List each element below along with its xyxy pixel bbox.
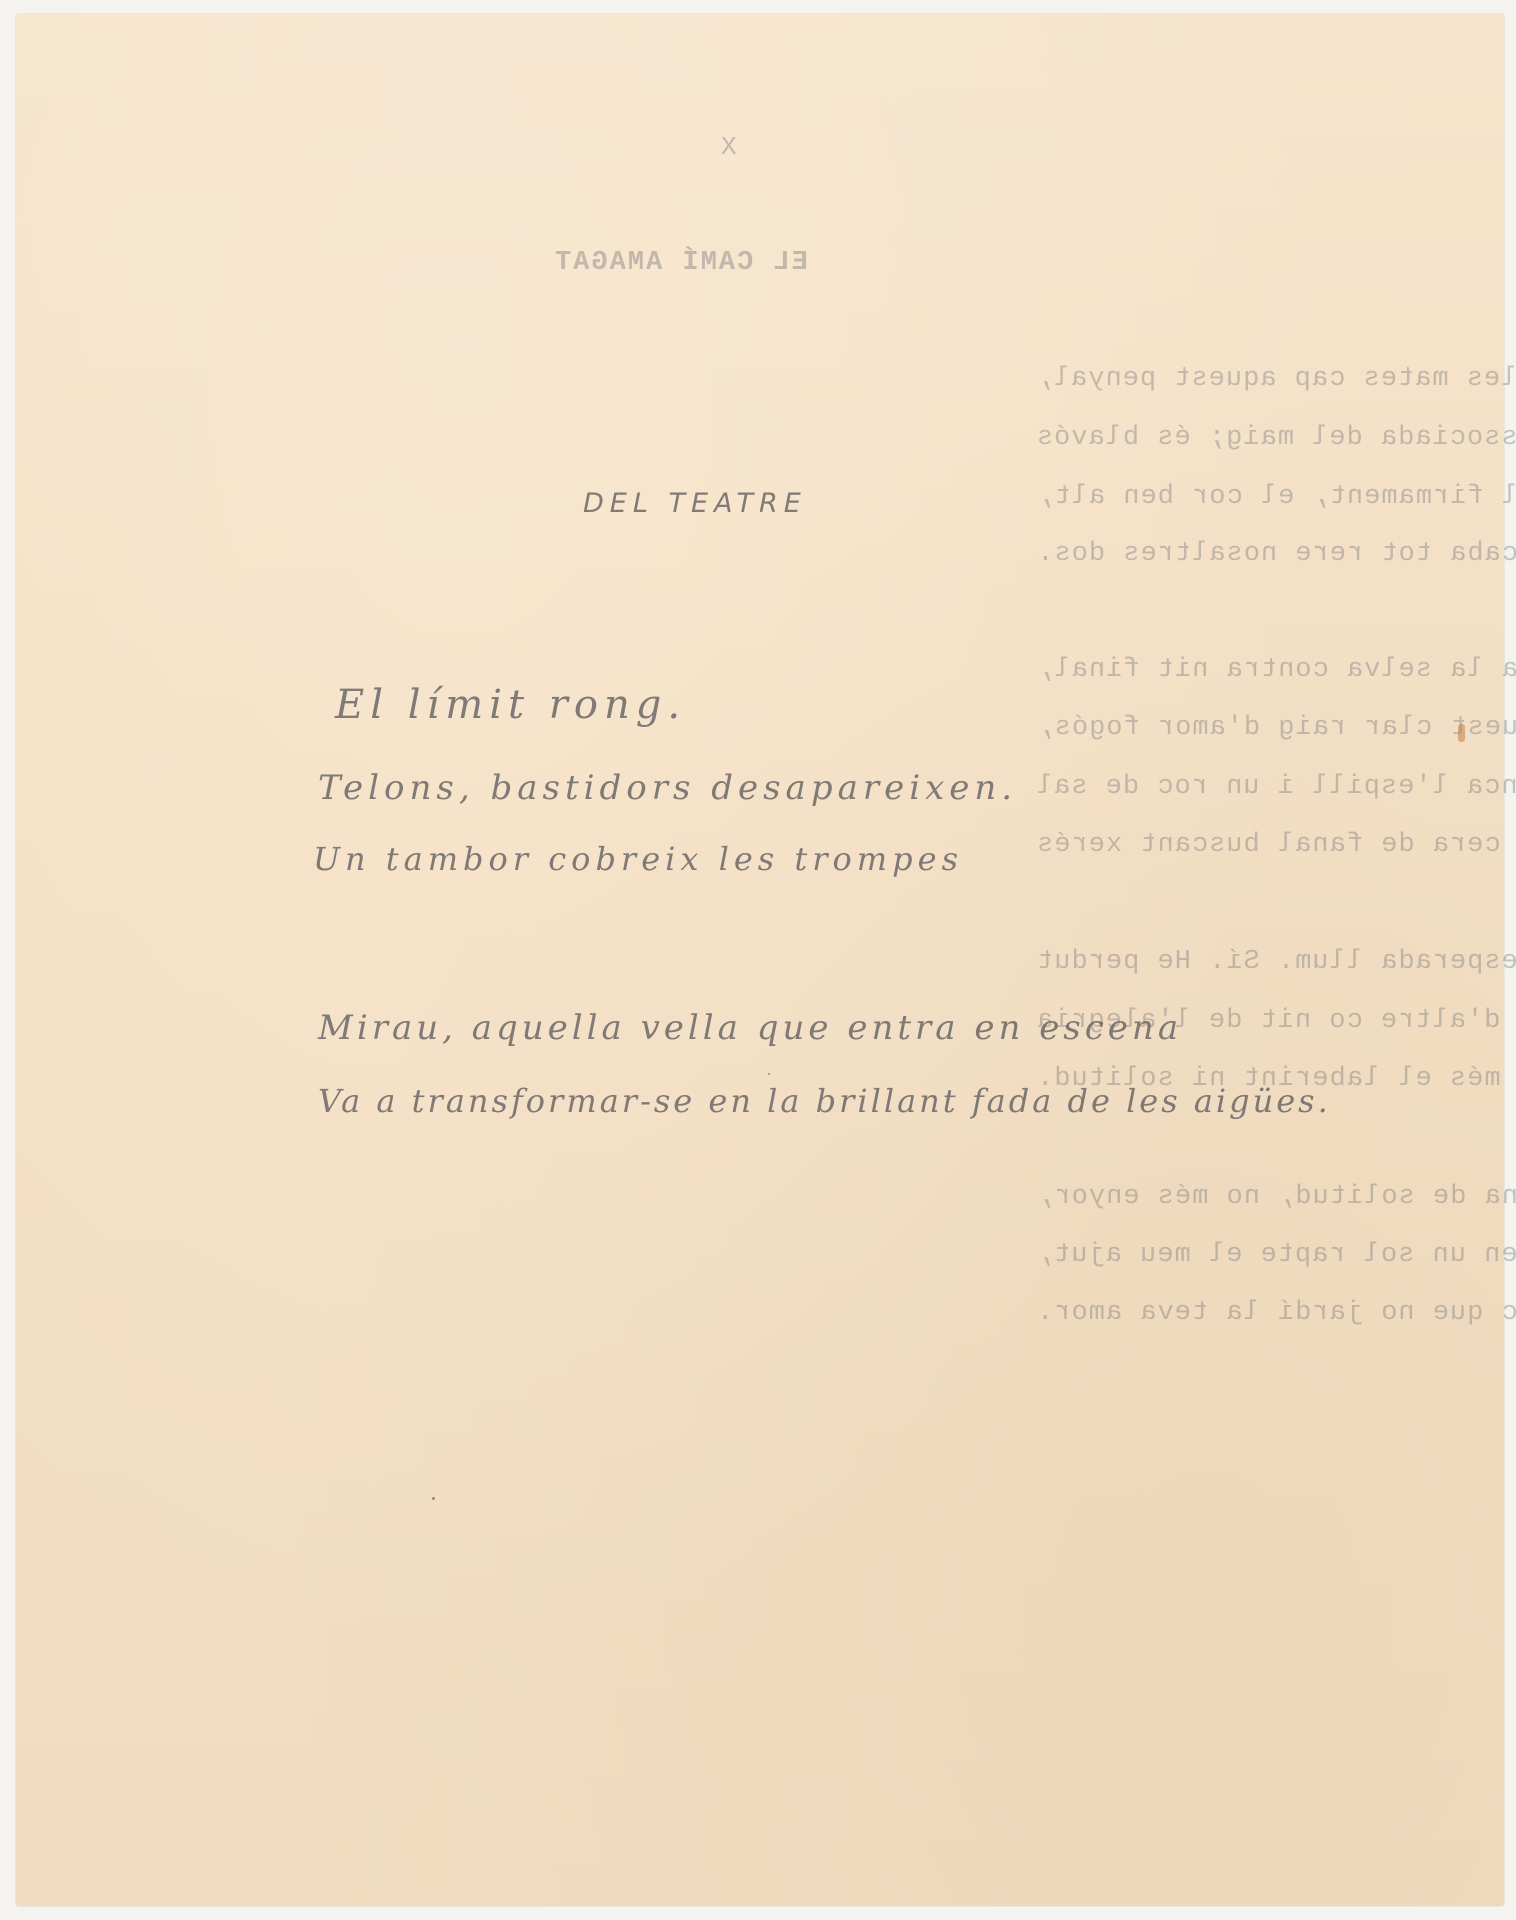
handwritten-line: Telons, bastidors desapareixen. — [318, 768, 1017, 808]
paper-speck — [768, 1073, 770, 1075]
bleed-line: Obert en un sol rapte el meu ajut, — [1036, 1240, 1516, 1270]
paper-stain — [1458, 724, 1465, 742]
bleed-line: Associada del maig; és blavós — [1036, 423, 1516, 453]
bleed-line: Reina de solitud, no més enyor, — [1036, 1182, 1516, 1212]
bleed-line: Or a la selva contra nit final, — [1036, 655, 1516, 685]
bleed-line: Més bosc que no jardí la teva amor. — [1036, 1298, 1516, 1328]
bleed-line: Com plata en cera de fanal buscant xerés — [1036, 830, 1516, 860]
handwritten-line: Un tambor cobreix les trompes — [313, 840, 963, 878]
paper-speck — [432, 1497, 435, 1500]
bleed-line: Em trenca l'espill i un roc de sal — [1036, 772, 1516, 802]
bleed-line: Inesperada llum. Sí. He perdut — [1036, 947, 1516, 977]
handwritten-line: El límit rong. — [335, 682, 686, 728]
handwritten-heading: DEL TEATRE — [583, 488, 807, 519]
handwritten-line: Va a transformar-se en la brillant fada … — [318, 1082, 1331, 1120]
scanned-page: X EL CAMÍ AMAGAT Oira les mates cap aque… — [0, 0, 1516, 1920]
bleed-line: Estimo aquest clar raig d'amor fogós, — [1036, 713, 1516, 743]
bleed-line: Oira les mates cap aquest penyal, — [1036, 364, 1516, 394]
bleed-title: EL CAMÍ AMAGAT — [553, 248, 808, 278]
handwritten-line: Mirau, aquella vella que entra en escena — [318, 1008, 1182, 1048]
bleed-line: S'acaba tot rere nosaltres dos. — [1036, 539, 1516, 569]
bleed-line: I lila el firmament, el cor ben alt, — [1036, 482, 1516, 512]
bleed-section-number: X — [720, 132, 737, 162]
